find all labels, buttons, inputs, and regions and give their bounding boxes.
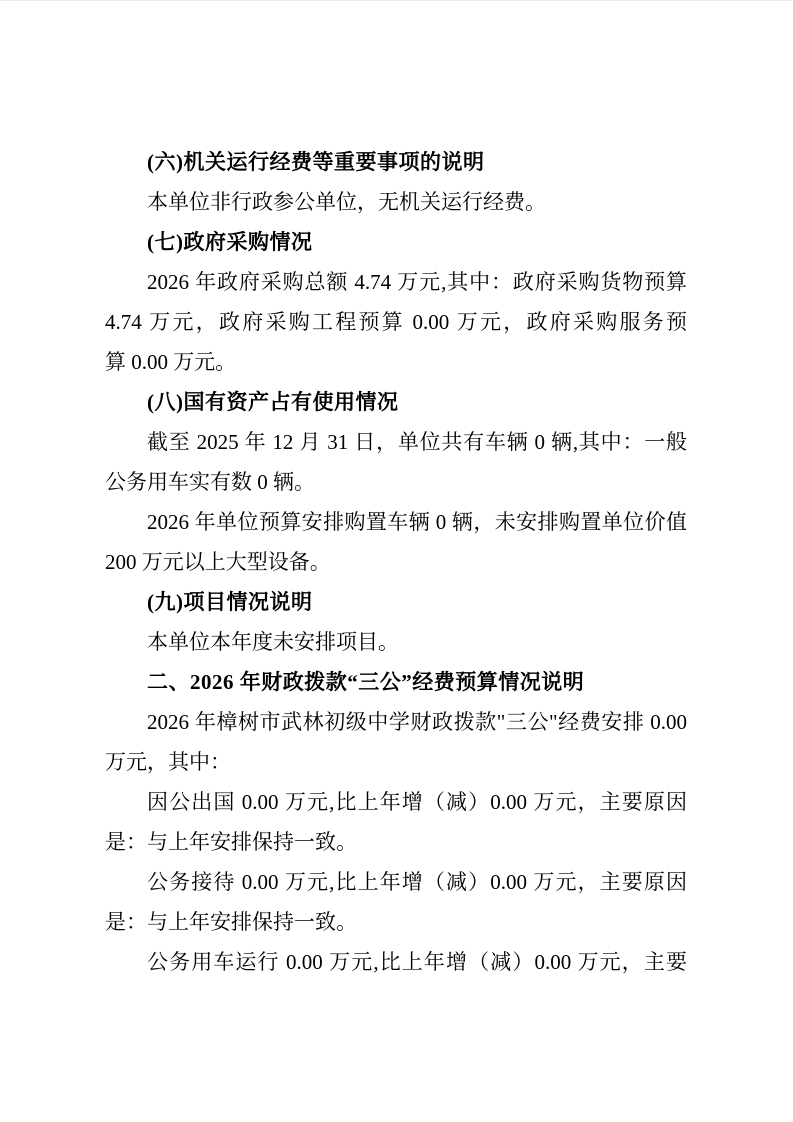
text-line: 2026 年政府采购总额 4.74 万元,其中：政府采购货物预算 xyxy=(105,262,687,302)
paragraph-official-vehicle-operation: 公务用车运行 0.00 万元,比上年增（减）0.00 万元，主要 xyxy=(105,942,687,982)
text-line: 因公出国 0.00 万元,比上年增（减）0.00 万元，主要原因 xyxy=(105,782,687,822)
heading-section-9-projects: (九)项目情况说明 xyxy=(105,582,687,622)
text-line: 算 0.00 万元。 xyxy=(105,342,687,382)
paragraph-overseas-travel: 因公出国 0.00 万元,比上年增（减）0.00 万元，主要原因 是：与上年安排… xyxy=(105,782,687,862)
text-line: 是：与上年安排保持一致。 xyxy=(105,822,687,862)
heading-text: (六)机关运行经费等重要事项的说明 xyxy=(105,142,687,182)
heading-section-7-government-procurement: (七)政府采购情况 xyxy=(105,222,687,262)
text-line: 公务接待 0.00 万元,比上年增（减）0.00 万元，主要原因 xyxy=(105,862,687,902)
paragraph-section-9-body: 本单位本年度未安排项目。 xyxy=(105,622,687,662)
text-line: 万元，其中： xyxy=(105,742,687,782)
paragraph-part-2-intro: 2026 年樟树市武林初级中学财政拨款"三公"经费安排 0.00 万元，其中： xyxy=(105,702,687,782)
heading-text: (八)国有资产占有使用情况 xyxy=(105,382,687,422)
paragraph-section-6-body: 本单位非行政参公单位，无机关运行经费。 xyxy=(105,182,687,222)
text-line: 2026 年单位预算安排购置车辆 0 辆，未安排购置单位价值 xyxy=(105,502,687,542)
paragraph-official-reception: 公务接待 0.00 万元,比上年增（减）0.00 万元，主要原因 是：与上年安排… xyxy=(105,862,687,942)
text-line: 本单位本年度未安排项目。 xyxy=(105,622,687,662)
text-line: 公务用车实有数 0 辆。 xyxy=(105,462,687,502)
heading-section-8-state-assets: (八)国有资产占有使用情况 xyxy=(105,382,687,422)
heading-text: (九)项目情况说明 xyxy=(105,582,687,622)
paragraph-section-7-body: 2026 年政府采购总额 4.74 万元,其中：政府采购货物预算 4.74 万元… xyxy=(105,262,687,382)
heading-section-6-agency-operating-expenses: (六)机关运行经费等重要事项的说明 xyxy=(105,142,687,182)
heading-text: (七)政府采购情况 xyxy=(105,222,687,262)
text-line: 4.74 万元，政府采购工程预算 0.00 万元，政府采购服务预 xyxy=(105,302,687,342)
text-line: 公务用车运行 0.00 万元,比上年增（减）0.00 万元，主要 xyxy=(105,942,687,982)
document-content: (六)机关运行经费等重要事项的说明 本单位非行政参公单位，无机关运行经费。 (七… xyxy=(0,1,793,982)
text-line: 200 万元以上大型设备。 xyxy=(105,542,687,582)
text-line: 本单位非行政参公单位，无机关运行经费。 xyxy=(105,182,687,222)
text-line: 是：与上年安排保持一致。 xyxy=(105,902,687,942)
paragraph-section-8-vehicles: 截至 2025 年 12 月 31 日，单位共有车辆 0 辆,其中：一般 公务用… xyxy=(105,422,687,502)
document-page: (六)机关运行经费等重要事项的说明 本单位非行政参公单位，无机关运行经费。 (七… xyxy=(0,0,793,1122)
heading-text: 二、2026 年财政拨款“三公”经费预算情况说明 xyxy=(105,662,687,702)
text-line: 截至 2025 年 12 月 31 日，单位共有车辆 0 辆,其中：一般 xyxy=(105,422,687,462)
heading-part-2-three-public-funds: 二、2026 年财政拨款“三公”经费预算情况说明 xyxy=(105,662,687,702)
text-line: 2026 年樟树市武林初级中学财政拨款"三公"经费安排 0.00 xyxy=(105,702,687,742)
paragraph-section-8-purchase-plan: 2026 年单位预算安排购置车辆 0 辆，未安排购置单位价值 200 万元以上大… xyxy=(105,502,687,582)
